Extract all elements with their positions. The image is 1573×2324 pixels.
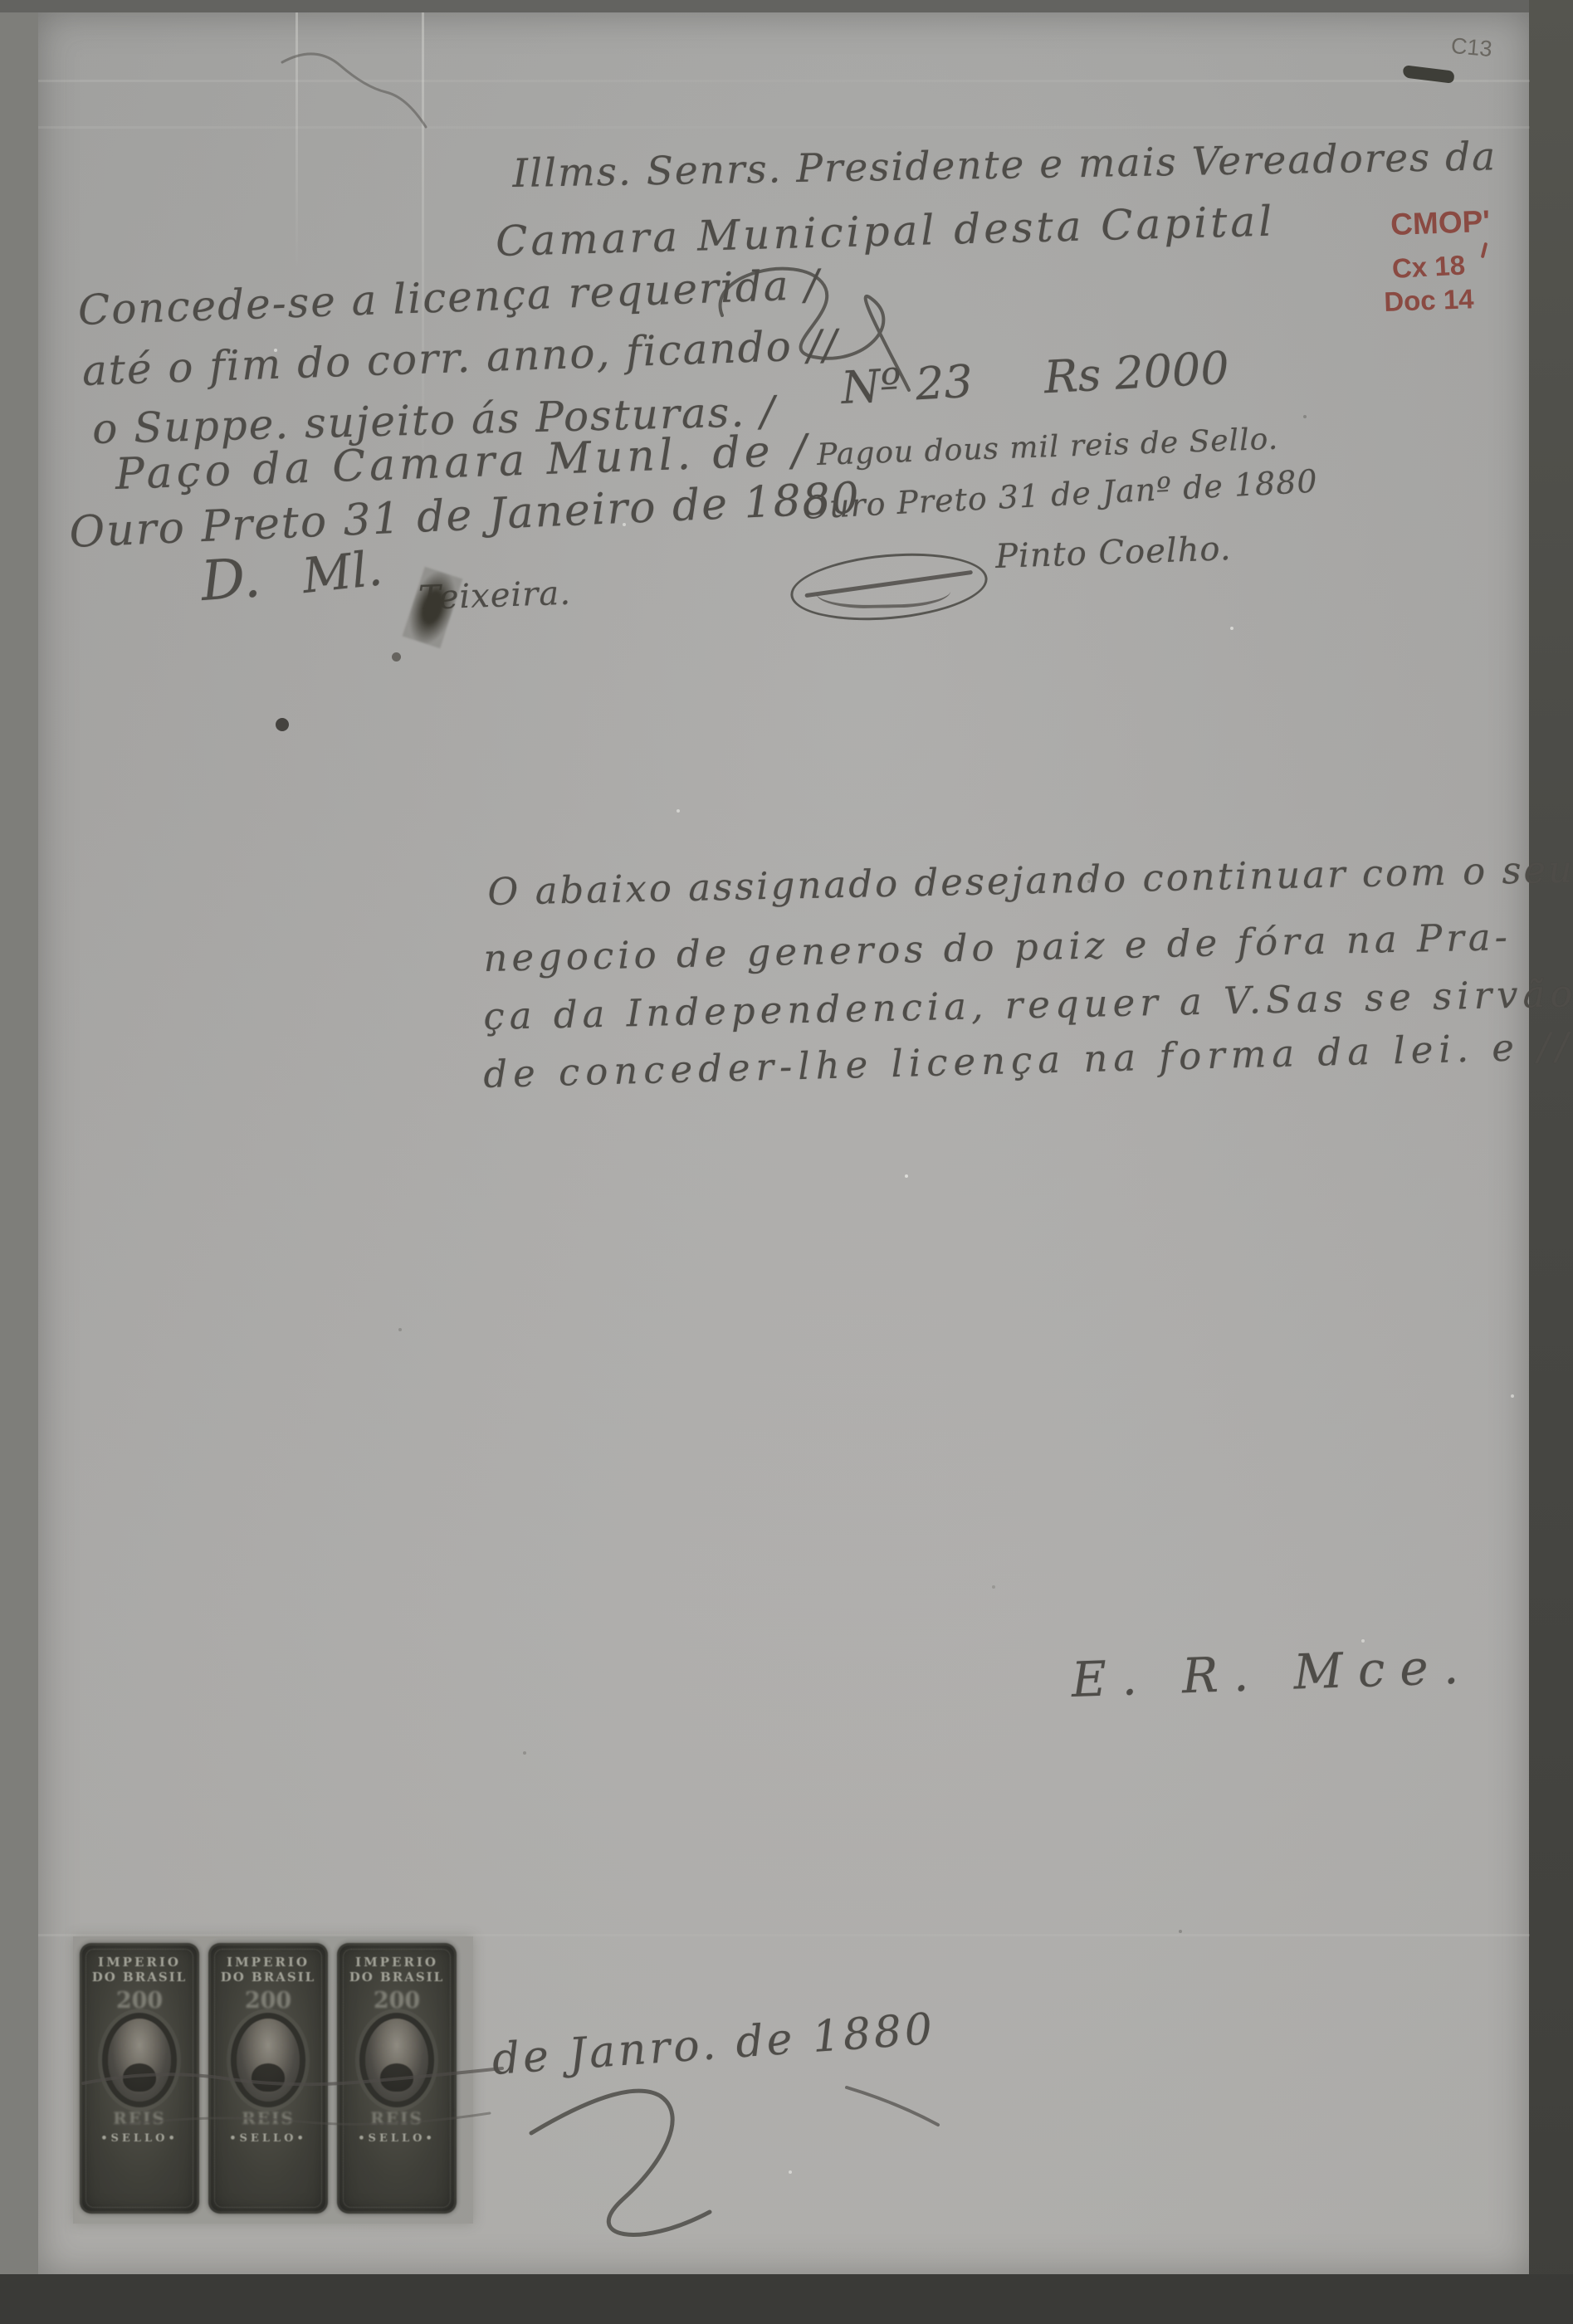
archive-mark-box: Cx 18: [1391, 249, 1466, 285]
archive-mark-doc: Doc 14: [1384, 283, 1474, 318]
despacho-signature-initial: D.: [199, 545, 263, 613]
stamp-value: 200: [374, 1988, 420, 2014]
corner-code-pencil: C13: [1450, 33, 1493, 62]
stamp-value: 200: [245, 1988, 291, 2014]
stamp-country-line1: IMPERIO: [355, 1955, 438, 1970]
fee-number: Nº 23: [840, 355, 975, 414]
stamp-country-line2: DO BRASIL: [92, 1970, 187, 1985]
archive-mark-cmop: CMOP': [1390, 204, 1491, 242]
ink-dot: [392, 652, 401, 662]
cancellation-stroke: [75, 2025, 506, 2150]
ink-dot: [276, 718, 289, 731]
scan-border-top: [0, 0, 1573, 12]
stamp-country-line2: DO BRASIL: [221, 1970, 315, 1985]
stamp-country-line1: IMPERIO: [227, 1955, 310, 1970]
fee-amount: Rs 2000: [1043, 342, 1230, 404]
scanned-document: C13 CMOP' Cx 18 Doc 14 Illms. Senrs. Pre…: [0, 0, 1573, 2324]
scan-border-right: [1529, 0, 1573, 2324]
scan-border-bottom: [0, 2274, 1573, 2324]
stamp-country-line1: IMPERIO: [98, 1955, 181, 1970]
despacho-signature-monogram: Ml.: [300, 539, 385, 604]
stamp-value: 200: [116, 1988, 163, 2014]
stamp-country-line2: DO BRASIL: [349, 1970, 444, 1985]
cancellation-rubric: [498, 2075, 963, 2258]
pencil-scribble: [266, 41, 465, 141]
scan-border-left: [0, 0, 38, 2324]
